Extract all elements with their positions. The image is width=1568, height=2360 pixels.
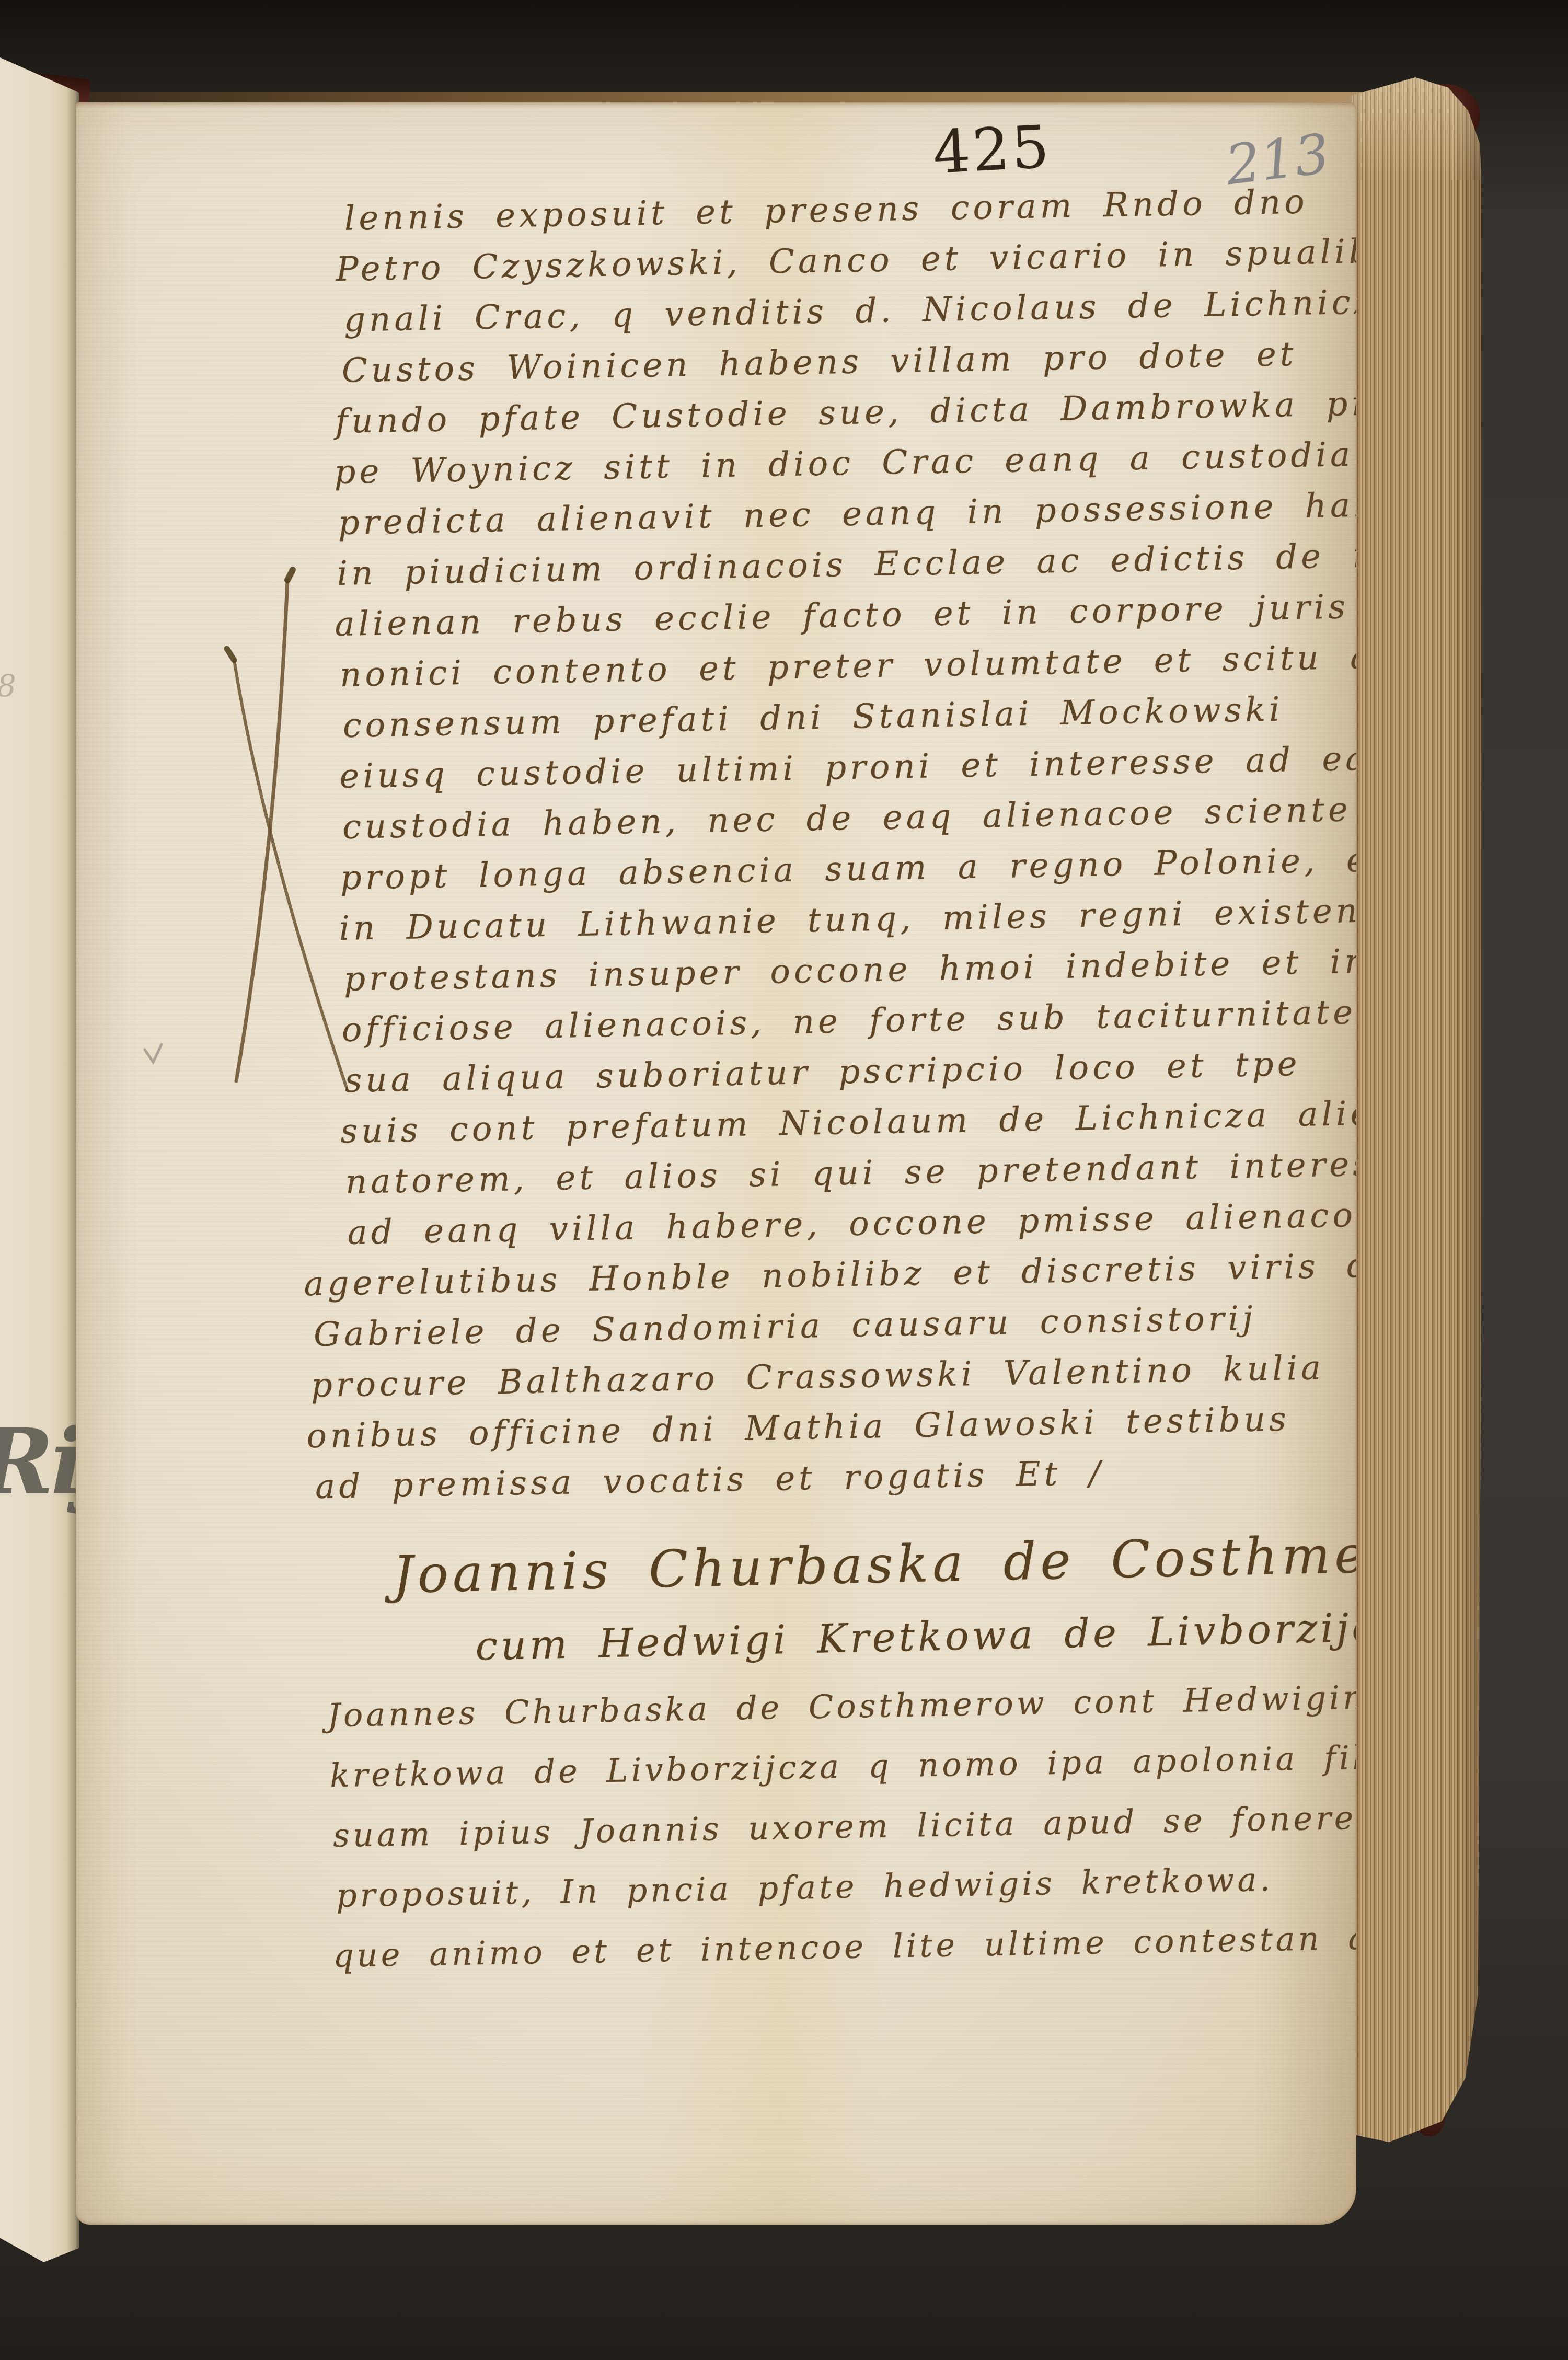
facing-page-text-fragment: Rij xyxy=(0,1409,79,1515)
case-heading: Joannis Churbaska de Costhmerow. cum Hed… xyxy=(335,1513,1356,1683)
entry2-text-block: Joannes Churbaska de Costhmerow cont Hed… xyxy=(335,1666,1356,1985)
facing-page-small-fragment: 8 xyxy=(0,668,16,704)
book-fore-edge xyxy=(1350,77,1481,2150)
manuscript-page: 425 213 lennis exposuit et presens coram… xyxy=(76,102,1356,2225)
pencil-tick-mark xyxy=(143,1041,166,1068)
margin-cross-mark xyxy=(209,558,382,1112)
facing-page-strip: Rij 8 xyxy=(0,57,79,2262)
folio-number-ink: 425 xyxy=(931,113,1053,187)
entry1-text-block: lennis exposuit et presens coram Rndo dn… xyxy=(335,175,1356,1512)
